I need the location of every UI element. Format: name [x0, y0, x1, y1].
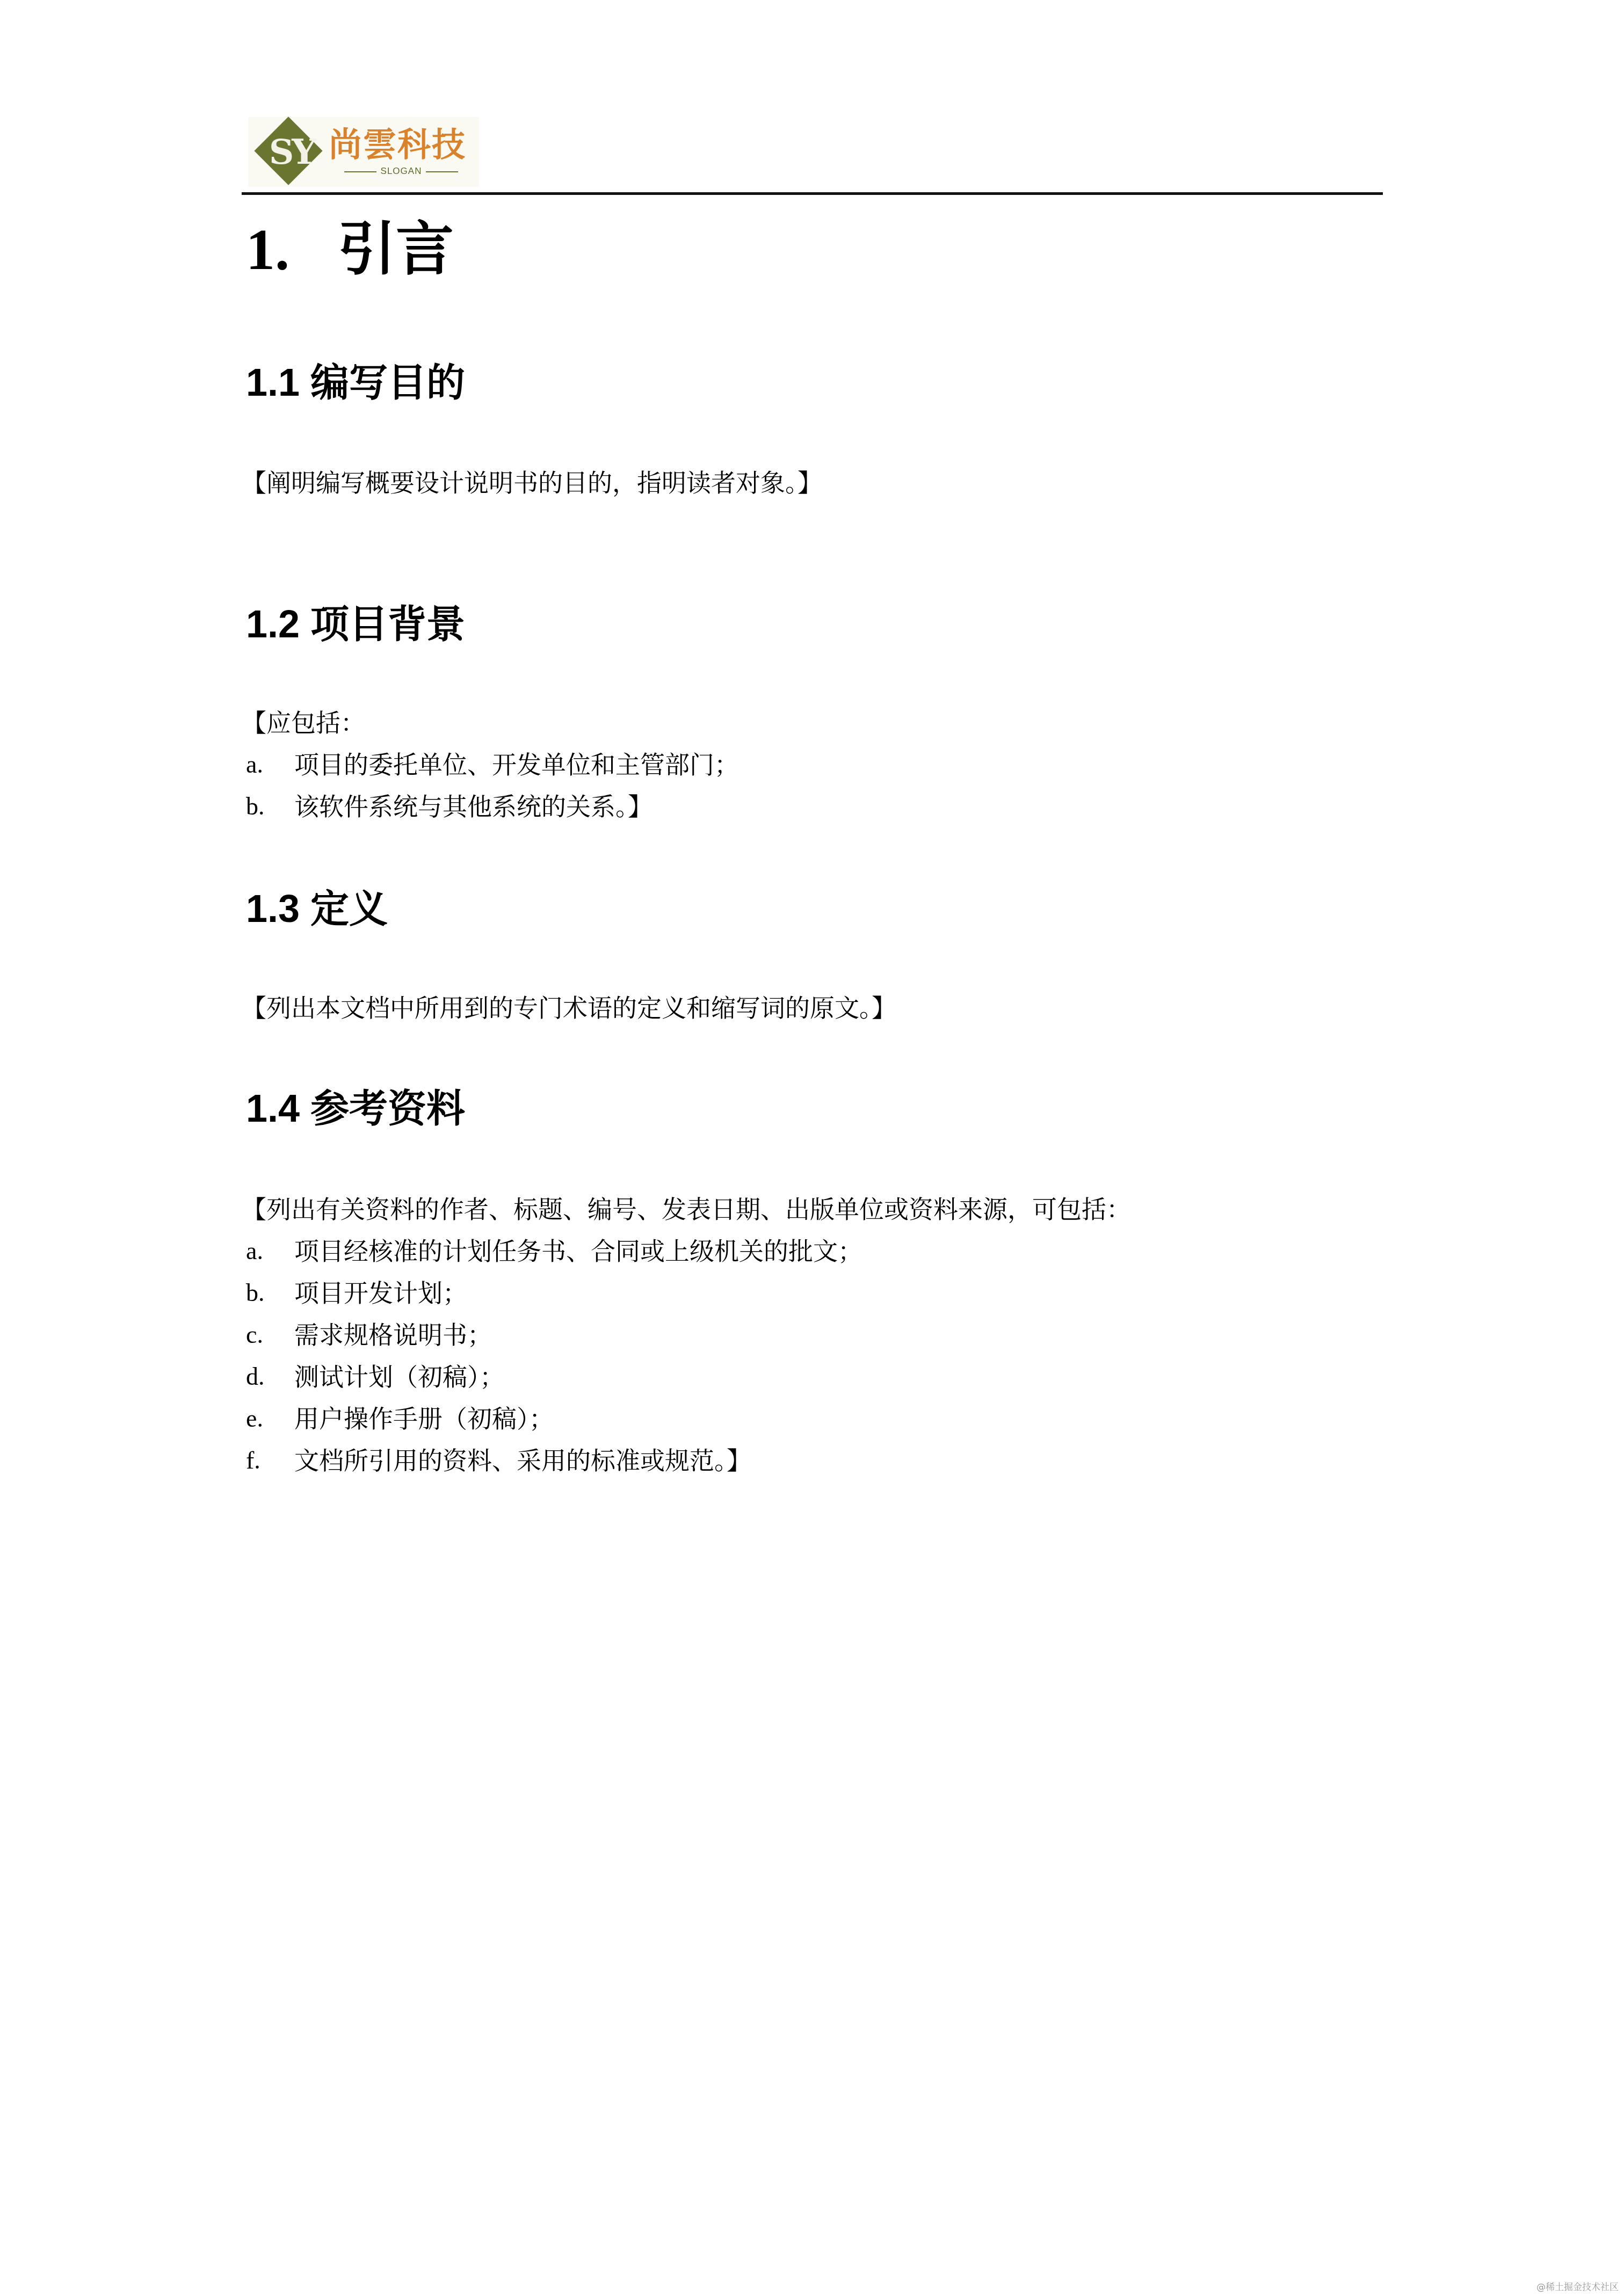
- chapter-title: 1.引言: [246, 213, 454, 288]
- logo-slogan: SLOGAN: [334, 165, 468, 177]
- list-item: a. 项目的委托单位、开发单位和主管部门；: [246, 744, 739, 786]
- list-item: b. 该软件系统与其他系统的关系。】: [246, 786, 739, 827]
- section-heading-1-4: 1.4 参考资料: [246, 1085, 465, 1133]
- list-marker: a.: [246, 744, 294, 786]
- logo-company-name: 尚雲科技: [329, 126, 466, 164]
- list-marker: a.: [246, 1230, 294, 1272]
- list-item-text: 文档所引用的资料、采用的标准或规范。】: [294, 1440, 751, 1481]
- section-1-2-intro: 【应包括：: [242, 702, 365, 744]
- list-marker: f.: [246, 1440, 294, 1481]
- list-item: e. 用户操作手册（初稿）；: [246, 1398, 862, 1440]
- chapter-number: 1.: [246, 218, 289, 282]
- list-item-text: 用户操作手册（初稿）；: [294, 1398, 554, 1440]
- list-item: f. 文档所引用的资料、采用的标准或规范。】: [246, 1440, 862, 1481]
- page-header: SY 尚雲科技 SLOGAN: [242, 114, 1383, 195]
- list-marker: b.: [246, 786, 294, 827]
- list-item: a. 项目经核准的计划任务书、合同或上级机关的批文；: [246, 1230, 862, 1272]
- document-page: SY 尚雲科技 SLOGAN 1.引言 1.1 编写目的 【阐明编写概要设计说明…: [0, 0, 1624, 2296]
- list-item-text: 项目的委托单位、开发单位和主管部门；: [294, 744, 739, 786]
- section-1-1-text: 【阐明编写概要设计说明书的目的，指明读者对象。】: [242, 462, 822, 504]
- logo-mark: SY: [262, 131, 321, 174]
- chapter-title-text: 引言: [338, 218, 454, 282]
- section-1-4-intro: 【列出有关资料的作者、标题、编号、发表日期、出版单位或资料来源，可包括：: [242, 1188, 1131, 1230]
- section-1-2-list: a. 项目的委托单位、开发单位和主管部门； b. 该软件系统与其他系统的关系。】: [246, 744, 739, 827]
- list-marker: e.: [246, 1398, 294, 1440]
- list-item-text: 项目开发计划；: [294, 1272, 467, 1314]
- section-heading-1-1: 1.1 编写目的: [246, 359, 465, 407]
- company-logo: SY 尚雲科技 SLOGAN: [248, 117, 479, 187]
- list-item: d. 测试计划（初稿）；: [246, 1356, 862, 1398]
- section-heading-1-2: 1.2 项目背景: [246, 600, 465, 649]
- section-1-3-text: 【列出本文档中所用到的专门术语的定义和缩写词的原文。】: [242, 987, 896, 1029]
- list-item: c. 需求规格说明书；: [246, 1314, 862, 1356]
- list-marker: b.: [246, 1272, 294, 1314]
- list-item-text: 该软件系统与其他系统的关系。】: [294, 786, 653, 827]
- list-item-text: 需求规格说明书；: [294, 1314, 492, 1356]
- list-item: b. 项目开发计划；: [246, 1272, 862, 1314]
- section-heading-1-3: 1.3 定义: [246, 885, 388, 933]
- list-marker: d.: [246, 1356, 294, 1398]
- list-item-text: 项目经核准的计划任务书、合同或上级机关的批文；: [294, 1230, 862, 1272]
- section-1-4-list: a. 项目经核准的计划任务书、合同或上级机关的批文； b. 项目开发计划； c.…: [246, 1230, 862, 1481]
- header-divider: [242, 192, 1383, 195]
- list-marker: c.: [246, 1314, 294, 1356]
- watermark: @稀土掘金技术社区: [1536, 2279, 1619, 2293]
- list-item-text: 测试计划（初稿）；: [294, 1356, 504, 1398]
